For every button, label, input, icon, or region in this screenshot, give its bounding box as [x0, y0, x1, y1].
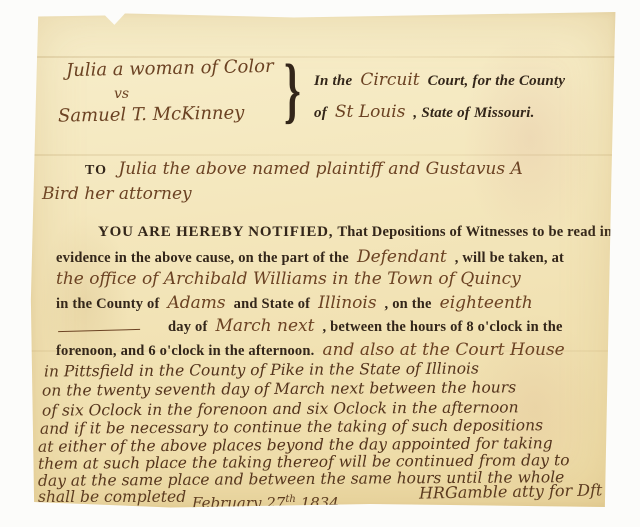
addressee-line1: TO Julia the above named plaintiff and G… [85, 159, 523, 179]
notice-heading-rest: That Depositions of Witnesses to be read… [337, 224, 612, 240]
notice-heading: YOU ARE HEREBY NOTIFIED, [98, 224, 333, 240]
paper-crease [30, 154, 616, 156]
month-handwritten: March next [211, 316, 318, 336]
notice-line6: forenoon, and 6 o'clock in the afternoon… [56, 340, 569, 360]
notice-line2: evidence in the above cause, on the part… [56, 247, 564, 267]
addressee-line2: Bird her attorney [42, 184, 192, 204]
plaintiff-name: Julia a woman of Color [66, 56, 274, 81]
addressee-names-handwritten: Julia the above named plaintiff and Gust… [118, 159, 522, 179]
attorney-signature: HRGamble atty for Dft [418, 480, 602, 502]
printed-text: and State of [234, 296, 311, 312]
printed-text: , between the hours of 8 o'clock in the [322, 319, 562, 335]
printed-text: day of [168, 319, 207, 335]
deposition-place-handwritten: the office of Archibald Williams in the … [56, 269, 521, 289]
printed-text: in the County of [56, 296, 160, 312]
notice-line4: in the County of Adams and State of Illi… [56, 293, 537, 313]
defendant-name: Samuel T. McKinney [58, 102, 245, 126]
date-year: 1834 [301, 494, 339, 512]
date-ordinal: th [285, 494, 295, 505]
handwritten-line: on the twenty seventh day of March next … [42, 378, 516, 399]
printed-text: , will be taken, at [455, 250, 564, 266]
notice-line5: day of March next , between the hours of… [58, 316, 563, 336]
court-title-line2: of St Louis , State of Missouri. [314, 102, 535, 122]
handwritten-line: in Pittsfield in the County of Pike in t… [44, 359, 479, 380]
notice-line1: YOU ARE HEREBY NOTIFIED, That Deposition… [98, 223, 612, 241]
document-date: February 27th 1834 [192, 494, 339, 512]
court-title-line1: In the Circuit Court, for the County [314, 70, 565, 90]
party-handwritten: Defendant [353, 247, 451, 267]
versus-label: vs [114, 86, 129, 102]
date-day: February 27 [192, 494, 285, 512]
printed-text: forenoon, and 6 o'clock in the afternoon… [56, 343, 314, 359]
county-name-handwritten: St Louis [331, 102, 410, 122]
document-paper: Julia a woman of Color vs Samuel T. McKi… [30, 12, 616, 508]
printed-text: evidence in the above cause, on the part… [56, 250, 349, 266]
court-printed-text: In the [314, 73, 352, 89]
court-printed-text: of [314, 105, 327, 121]
handwritten-dash [58, 320, 140, 332]
county-handwritten: Adams [164, 293, 230, 313]
caption-brace: } [284, 52, 301, 134]
court-name-handwritten: Circuit [356, 70, 423, 90]
court-printed-text: Court, for the County [428, 73, 566, 89]
day-word-handwritten: eighteenth [436, 293, 537, 313]
completion-phrase: shall be completed [38, 488, 186, 506]
paper-crease [30, 56, 616, 58]
printed-text: , on the [385, 296, 432, 312]
court-printed-text: , State of Missouri. [413, 105, 534, 121]
paper-stain [460, 28, 600, 248]
state-handwritten: Illinois [314, 293, 380, 313]
to-label: TO [85, 163, 107, 178]
courthouse-handwritten: and also at the Court House [318, 340, 568, 360]
scan-background: Julia a woman of Color vs Samuel T. McKi… [0, 0, 640, 527]
